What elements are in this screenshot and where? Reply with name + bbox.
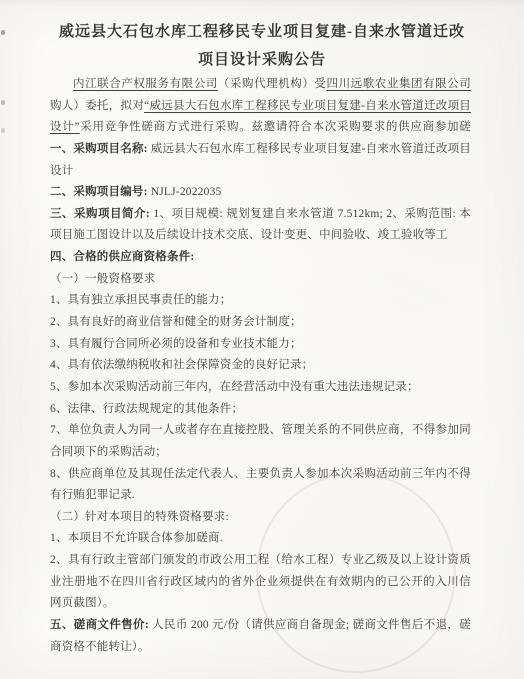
scan-artifact-speck — [1, 30, 5, 35]
document-line: 设计 — [50, 161, 471, 183]
document-line: 合同项下的采购活动； — [50, 442, 471, 464]
scanned-announcement-page: 威远县大石包水库工程移民专业项目复建-自来水管道迁改 项目设计采购公告 内江联合… — [0, 0, 524, 679]
document-line: 2、具有良好的商业信誉和健全的财务会计制度； — [50, 312, 471, 334]
text-segment: 商资格不能转让）。 — [50, 641, 150, 653]
text-segment: 2、具有行政主管部门颁发的市政公用工程（给水工程）专业乙级及以上设计资质（企 — [50, 554, 471, 572]
underlined-text-segment: 四川远歌农业集团有限公司 — [327, 78, 471, 90]
scan-artifact-speck — [1, 128, 5, 133]
text-segment: 5、参加本次采购活动前三年内，在经营活动中没有重大违法违规记录； — [50, 381, 419, 393]
document-line: 3、具有履行合同所必须的设备和专业技术能力； — [50, 334, 471, 356]
text-segment: 设计 — [50, 165, 73, 177]
text-segment: 采用竞争性磋商方式进行采购。兹邀请符合本次采购要求的供应商参加磋商。 — [50, 121, 471, 139]
document-line: 2、具有行政主管部门颁发的市政公用工程（给水工程）专业乙级及以上设计资质（企 — [50, 550, 471, 572]
document-line: 项目施工图设计以及后续设计技术交底、设计变更、中间验收、竣工验收等工作。 — [50, 225, 471, 247]
text-segment: 有行贿犯罪记录. — [50, 489, 135, 501]
document-line: 1、具有独立承担民事责任的能力； — [50, 290, 471, 312]
document-line: 三、采购项目简介: 1、项目规模: 规划复建自来水管道 7.512km; 2、采… — [50, 204, 471, 226]
text-segment: 网页截图）。 — [50, 597, 114, 609]
text-segment: 购人）委托，拟对 — [50, 100, 144, 112]
document-line: 五、磋商文件售价: 人民币 200 元/份（请供应商自备现金; 磋商文件售后不退… — [50, 615, 471, 637]
text-segment: 6、法律、行政法规规定的其他条件； — [50, 403, 243, 415]
section-heading-segment: 五、磋商文件售价: — [50, 619, 149, 631]
text-segment: 人民币 200 元/份（请供应商自备现金; 磋商文件售后不退，磋 — [149, 619, 471, 631]
text-segment: 1、本项目不允许联合体参加磋商. — [50, 532, 223, 544]
document-line: 商资格不能转让）。 — [50, 637, 471, 659]
document-line: 设计”采用竞争性磋商方式进行采购。兹邀请符合本次采购要求的供应商参加磋商。 — [50, 117, 471, 139]
document-line: 1、本项目不允许联合体参加磋商. — [50, 528, 471, 550]
text-segment: NJLJ-2022035 — [148, 186, 222, 198]
document-line: 业注册地不在四川省行政区域内的省外企业须提供在有效期内的已公开的入川信息 — [50, 572, 471, 594]
underlined-text-segment: “威远县大石包水库工程移民专业项目复建-自来水管道迁改项目 — [144, 100, 471, 112]
text-segment: （采购代理机构）受 — [218, 78, 327, 90]
text-segment: 8、供应商单位及其现任法定代表人、主要负责人参加本次采购活动前三年内不得具 — [50, 468, 471, 486]
text-segment: 项目施工图设计以及后续设计技术交底、设计变更、中间验收、竣工验收等工作。 — [50, 229, 448, 247]
underlined-text-segment: 设计” — [50, 121, 80, 133]
section-heading-segment: 四、合格的供应商资格条件: — [50, 251, 194, 263]
text-segment: 业注册地不在四川省行政区域内的省外企业须提供在有效期内的已公开的入川信息 — [50, 576, 471, 594]
document-line: （二）针对本项目的特殊资格要求: — [50, 507, 471, 529]
text-segment: 1、具有独立承担民事责任的能力； — [50, 294, 231, 306]
document-line: （一）一般资格要求 — [50, 269, 471, 291]
section-heading-segment: 一、采购项目名称: — [50, 143, 148, 155]
scan-artifact-speck — [1, 100, 5, 105]
document-line: 内江联合产权服务有限公司（采购代理机构）受四川远歌农业集团有限公司（采 — [50, 74, 471, 96]
document-line: 5、参加本次采购活动前三年内，在经营活动中没有重大违法违规记录； — [50, 377, 471, 399]
document-line: 有行贿犯罪记录. — [50, 485, 471, 507]
document-line: 网页截图）。 — [50, 593, 471, 615]
document-title-line-2: 项目设计采购公告 — [30, 46, 494, 74]
text-segment: 7、单位负责人为同一人或者存在直接控股、管理关系的不同供应商，不得参加同一 — [50, 424, 471, 442]
text-segment: （一）一般资格要求 — [50, 273, 155, 285]
document-line: 购人）委托，拟对“威远县大石包水库工程移民专业项目复建-自来水管道迁改项目 — [50, 96, 471, 118]
underlined-text-segment: 内江联合产权服务有限公司 — [73, 78, 218, 90]
text-segment: （二）针对本项目的特殊资格要求: — [50, 511, 229, 523]
document-line: 一、采购项目名称: 威远县大石包水库工程移民专业项目复建-自来水管道迁改项目 — [50, 139, 471, 161]
text-segment: 2、具有良好的商业信誉和健全的财务会计制度； — [50, 316, 302, 328]
document-line: 二、采购项目编号: NJLJ-2022035 — [50, 182, 471, 204]
document-line: 6、法律、行政法规规定的其他条件； — [50, 399, 471, 421]
document-line: 四、合格的供应商资格条件: — [50, 247, 471, 269]
document-line: 8、供应商单位及其现任法定代表人、主要负责人参加本次采购活动前三年内不得具 — [50, 464, 471, 486]
text-segment: 威远县大石包水库工程移民专业项目复建-自来水管道迁改项目 — [148, 143, 471, 155]
document-body: 内江联合产权服务有限公司（采购代理机构）受四川远歌农业集团有限公司（采购人）委托… — [50, 74, 471, 658]
text-segment: 3、具有履行合同所必须的设备和专业技术能力； — [50, 338, 302, 350]
text-segment: 4、具有依法缴纳税收和社会保障资金的良好记录； — [50, 359, 313, 371]
document-title: 威远县大石包水库工程移民专业项目复建-自来水管道迁改 项目设计采购公告 — [30, 18, 494, 74]
section-heading-segment: 三、采购项目简介: — [50, 208, 150, 220]
document-title-line-1: 威远县大石包水库工程移民专业项目复建-自来水管道迁改 — [30, 18, 494, 46]
document-line: 4、具有依法缴纳税收和社会保障资金的良好记录； — [50, 355, 471, 377]
text-segment: 1、项目规模: 规划复建自来水管道 7.512km; 2、采购范围: 本 — [150, 208, 471, 220]
section-heading-segment: 二、采购项目编号: — [50, 186, 148, 198]
text-segment: 合同项下的采购活动； — [50, 446, 167, 458]
document-line: 7、单位负责人为同一人或者存在直接控股、管理关系的不同供应商，不得参加同一 — [50, 420, 471, 442]
